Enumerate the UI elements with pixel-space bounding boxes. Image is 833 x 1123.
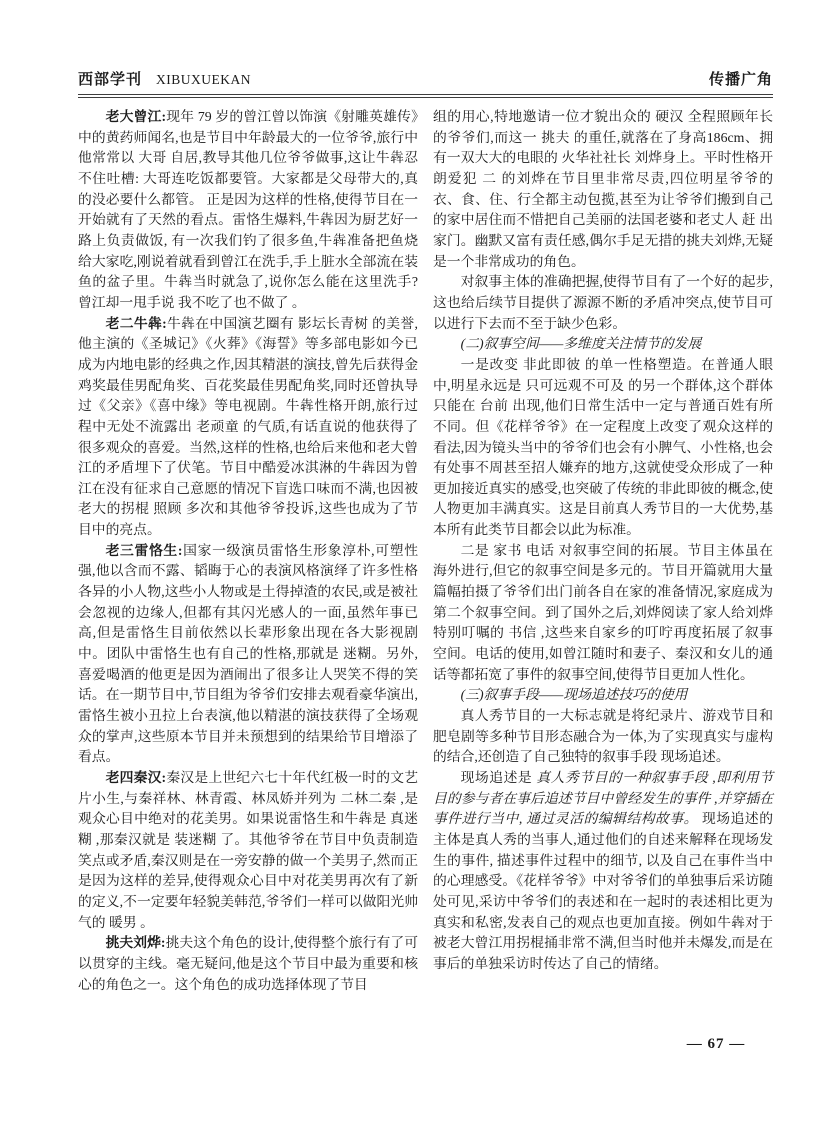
paragraph: 组的用心,特地邀请一位才貌出众的 硬汉 全程照顾年长的爷爷们,而这一 挑夫 的重… bbox=[433, 107, 773, 272]
paragraph: 一是改变 非此即彼 的单一性格塑造。在普通人眼中,明星永远是 只可远观不可及 的… bbox=[433, 355, 773, 541]
text-segment: 现场追述是 bbox=[461, 770, 537, 785]
journal-title-group: 西部学刊XIBUXUEKAN bbox=[78, 68, 251, 89]
text-segment: 一是改变 非此即彼 的单一性格塑造。在普通人眼中,明星永远是 只可远观不可及 的… bbox=[433, 357, 773, 537]
text-segment: (三)叙事手段——现场追述技巧的使用 bbox=[461, 687, 688, 702]
paragraph: 老三雷恪生:国家一级演员雷恪生形象淳朴,可塑性强,他以含而不露、韬晦于心的表演风… bbox=[78, 541, 418, 768]
paragraph-lead: 老大曾江: bbox=[106, 109, 167, 124]
text-segment: 现年 79 岁的曾江曾以饰演《射雕英雄传》中的黄药师闻名,也是节目中年龄最大的一… bbox=[78, 109, 418, 310]
section-label: 传播广角 bbox=[709, 68, 773, 89]
paragraph-lead: 老四秦汉: bbox=[106, 770, 167, 785]
paragraph-lead: 老二牛犇: bbox=[106, 316, 167, 331]
journal-title: 西部学刊 bbox=[78, 72, 142, 88]
section-heading: (三)叙事手段——现场追述技巧的使用 bbox=[433, 685, 773, 706]
paragraph-lead: 挑夫刘烨: bbox=[106, 935, 166, 950]
paragraph: 挑夫刘烨:挑夫这个角色的设计,使得整个旅行有了可以贯穿的主线。毫无疑问,他是这个… bbox=[78, 933, 418, 995]
text-segment: 真人秀节目的一大标志就是将纪录片、游戏节目和肥皂剧等多种节目形态融合为一体,为了… bbox=[433, 708, 773, 764]
left-column: 老大曾江:现年 79 岁的曾江曾以饰演《射雕英雄传》中的黄药师闻名,也是节目中年… bbox=[78, 107, 418, 995]
paragraph: 现场追述是 真人秀节目的一种叙事手段 ,即利用节目的参与者在事后追述节目中曾经发… bbox=[433, 768, 773, 975]
right-column: 组的用心,特地邀请一位才貌出众的 硬汉 全程照顾年长的爷爷们,而这一 挑夫 的重… bbox=[433, 107, 773, 995]
text-segment: 二是 家书 电话 对叙事空间的拓展。节目主体虽在海外进行,但它的叙事空间是多元的… bbox=[433, 543, 773, 682]
text-segment: 现场追述的主体是真人秀的当事人,通过他们的自述来解释在现场发生的事件, 描述事件… bbox=[433, 811, 773, 971]
journal-title-en: XIBUXUEKAN bbox=[156, 72, 251, 87]
text-segment: 组的用心,特地邀请一位才貌出众的 硬汉 全程照顾年长的爷爷们,而这一 挑夫 的重… bbox=[433, 109, 773, 269]
text-segment: 国家一级演员雷恪生形象淳朴,可塑性强,他以含而不露、韬晦于心的表演风格演绎了许多… bbox=[78, 543, 418, 765]
paragraph: 对叙事主体的准确把握,使得节目有了一个好的起步,这也给后续节目提供了源源不断的矛… bbox=[433, 272, 773, 334]
page-header: 西部学刊XIBUXUEKAN 传播广角 bbox=[78, 68, 773, 94]
paragraph: 老大曾江:现年 79 岁的曾江曾以饰演《射雕英雄传》中的黄药师闻名,也是节目中年… bbox=[78, 107, 418, 314]
paragraph: 真人秀节目的一大标志就是将纪录片、游戏节目和肥皂剧等多种节目形态融合为一体,为了… bbox=[433, 706, 773, 768]
text-segment: 对叙事主体的准确把握,使得节目有了一个好的起步,这也给后续节目提供了源源不断的矛… bbox=[433, 274, 773, 330]
paragraph: 老二牛犇:牛犇在中国演艺圈有 影坛长青树 的美誉,他主演的《圣城记》《火葬》《海… bbox=[78, 314, 418, 541]
text-segment: (二)叙事空间——多维度关注情节的发展 bbox=[461, 336, 702, 351]
text-segment: 牛犇在中国演艺圈有 影坛长青树 的美誉,他主演的《圣城记》《火葬》《海誓》等多部… bbox=[78, 316, 418, 538]
paragraph: 老四秦汉:秦汉是上世纪六七十年代红极一时的文艺片小生,与秦祥林、林青霞、林凤娇并… bbox=[78, 768, 418, 933]
paragraph: 二是 家书 电话 对叙事空间的拓展。节目主体虽在海外进行,但它的叙事空间是多元的… bbox=[433, 541, 773, 686]
article-body: 老大曾江:现年 79 岁的曾江曾以饰演《射雕英雄传》中的黄药师闻名,也是节目中年… bbox=[78, 107, 773, 995]
text-segment: 秦汉是上世纪六七十年代红极一时的文艺片小生,与秦祥林、林青霞、林凤娇并列为 二林… bbox=[78, 770, 418, 930]
header-rule bbox=[78, 94, 773, 98]
section-heading: (二)叙事空间——多维度关注情节的发展 bbox=[433, 334, 773, 355]
paragraph-lead: 老三雷恪生: bbox=[106, 543, 183, 558]
page-number: — 67 — bbox=[636, 1036, 796, 1053]
journal-page: 西部学刊XIBUXUEKAN 传播广角 老大曾江:现年 79 岁的曾江曾以饰演《… bbox=[78, 68, 773, 995]
